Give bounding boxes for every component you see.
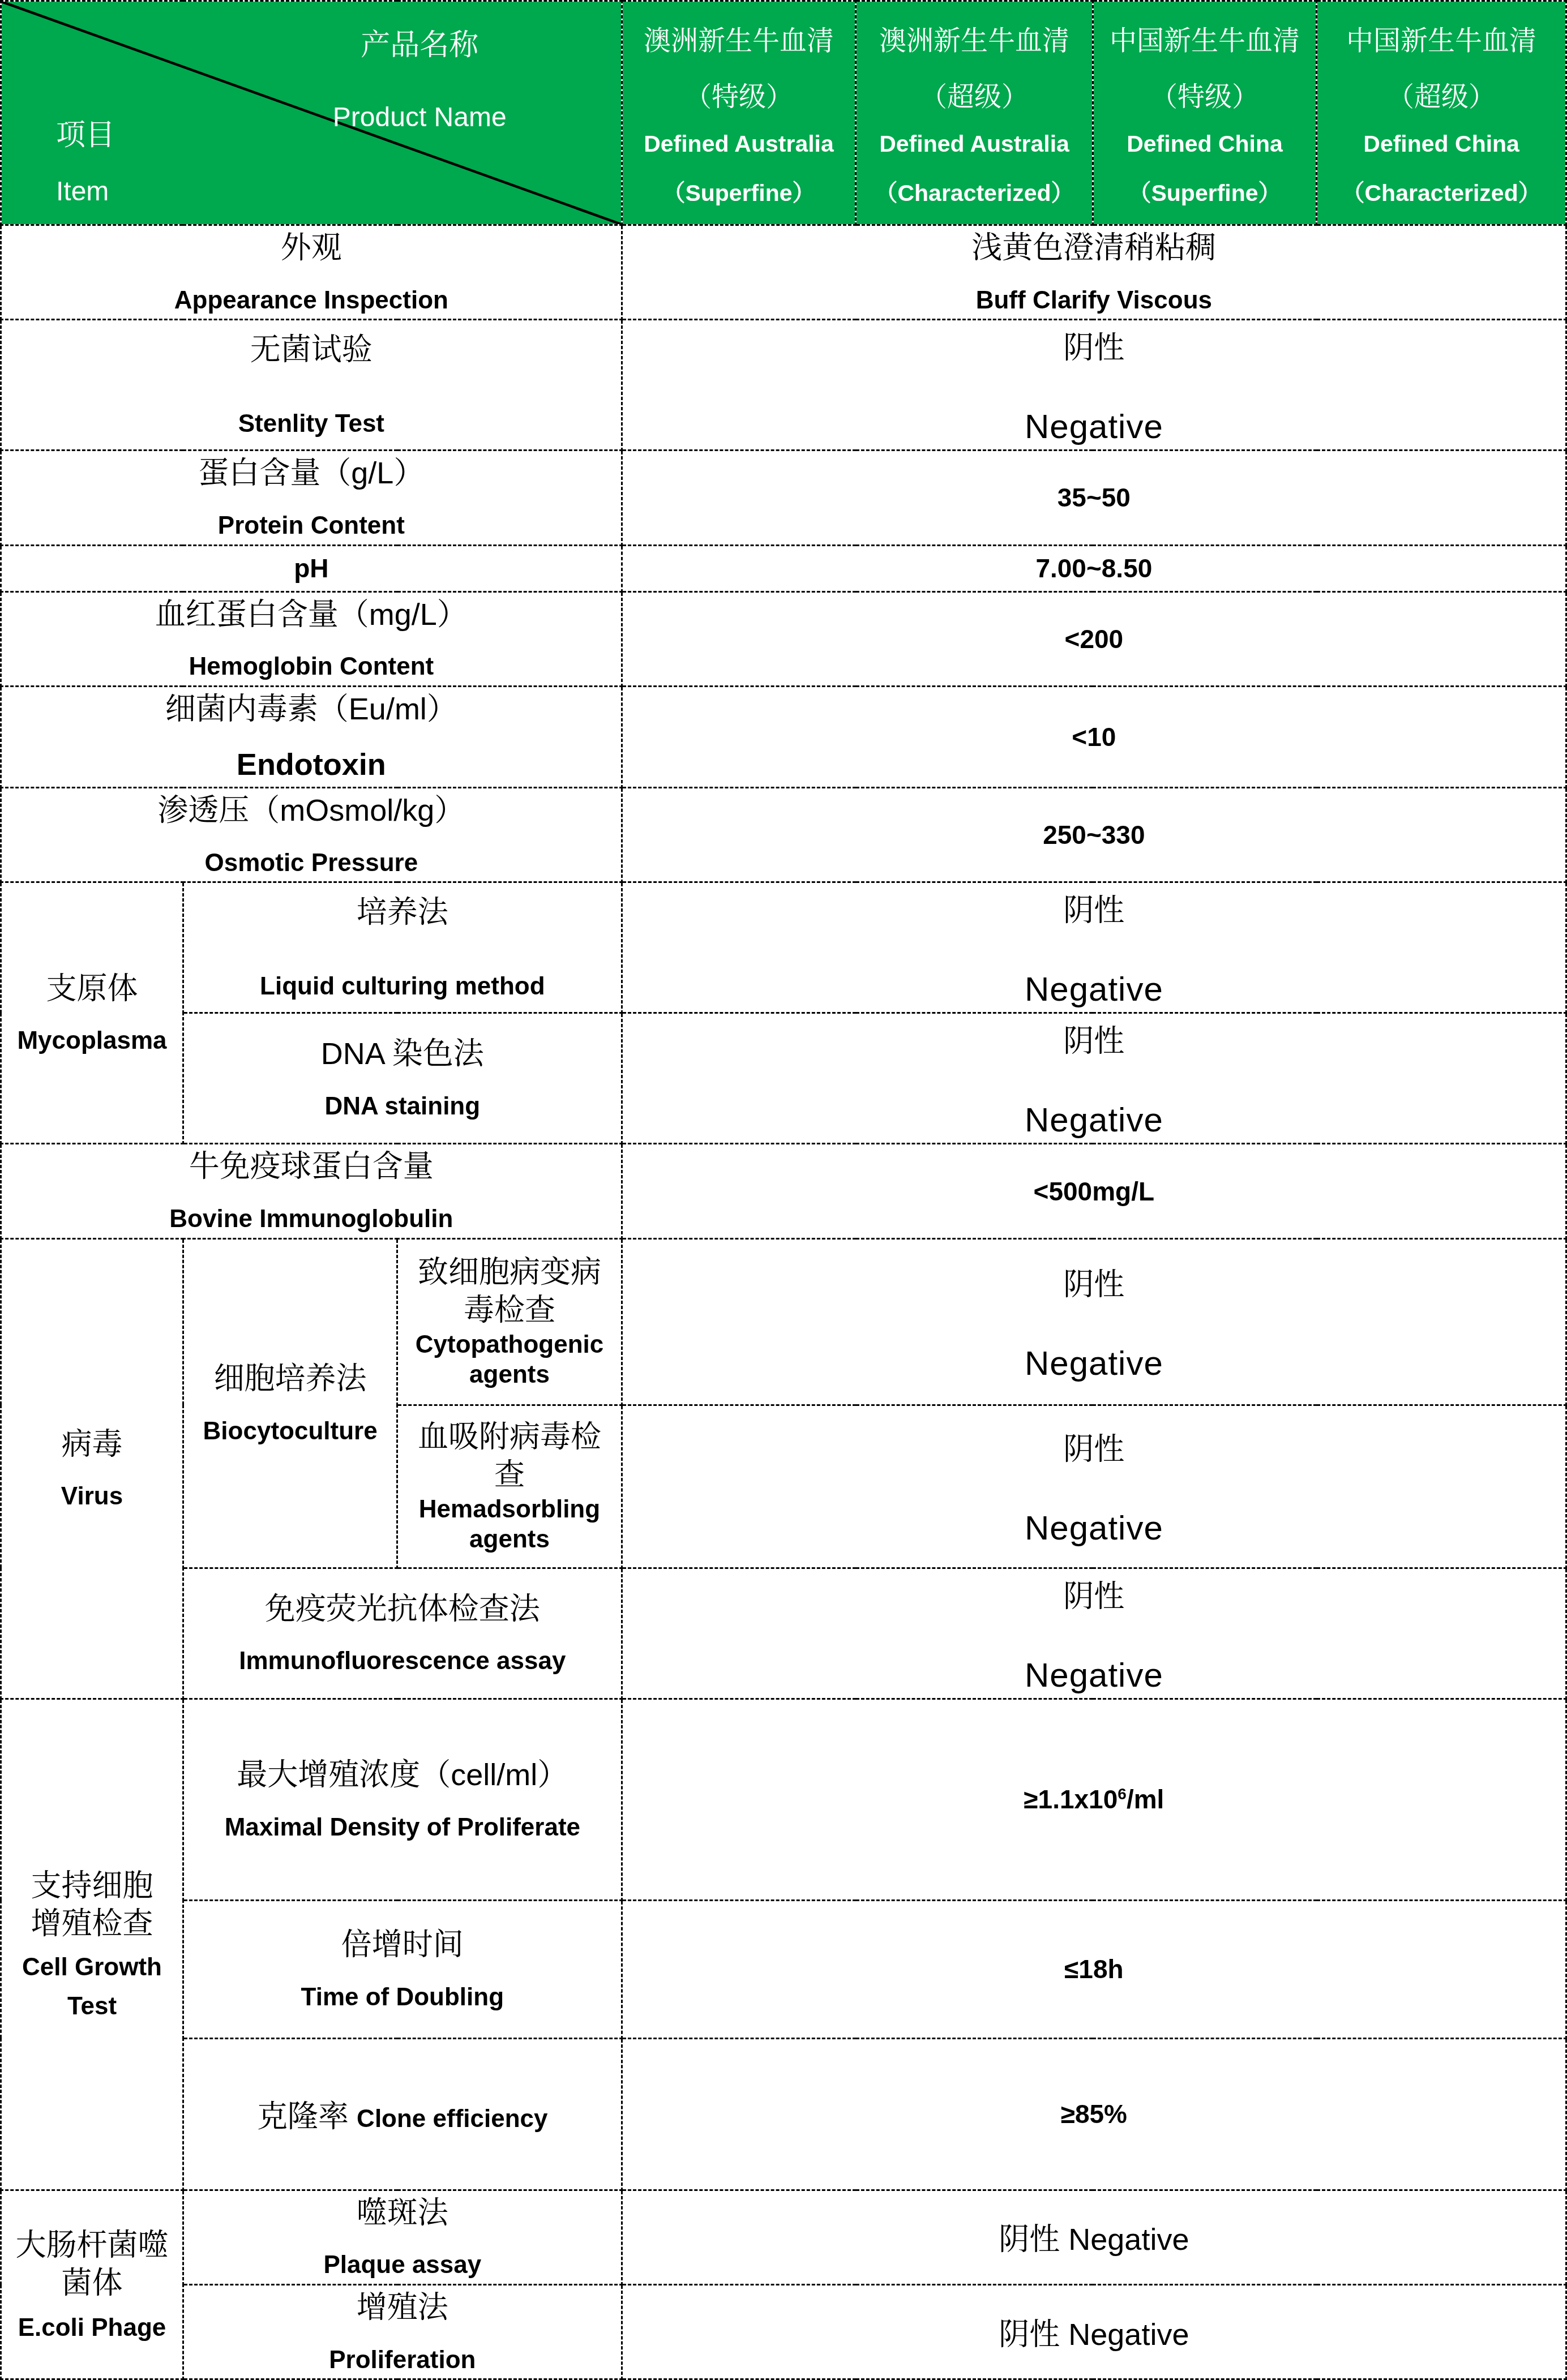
label-text: 渗透压（mOsmol/kg） Osmotic Pressure (7, 792, 615, 878)
culturing-value-cell: 阴性 Negative (622, 882, 1566, 1013)
row-virus-cytopathogenic: 病毒 Virus 细胞培养法 Biocytoculture 致细胞病变病 毒检查… (1, 1238, 1566, 1405)
column-header-china-superfine: 中国新生牛血清 （特级） Defined China （Superfine） (1093, 1, 1316, 225)
row-osmotic: 渗透压（mOsmol/kg） Osmotic Pressure 250~330 (1, 788, 1566, 882)
sterility-value-en: Negative (1025, 407, 1163, 446)
corner-item-en: Item (56, 176, 109, 207)
product-name-en: Defined China (1363, 131, 1519, 157)
virus-group-cell: 病毒 Virus (1, 1238, 183, 1699)
label-text: 血吸附病毒检 查 Hemadsorbling agents (404, 1418, 615, 1555)
sterility-label-cell: 无菌试验 Stenlity Test (1, 320, 622, 451)
hemadsorbing-label-zh-line2: 查 (494, 1456, 525, 1495)
label-text: 克隆率Clone efficiency (190, 2092, 615, 2136)
label-text: 牛免疫球蛋白含量 Bovine Immunoglobulin (7, 1148, 615, 1234)
immunofluorescence-value-zh: 阴性 (1063, 1572, 1124, 1616)
proliferation-label-en: Proliferation (329, 2345, 476, 2375)
osmotic-value: 250~330 (1043, 820, 1145, 850)
label-text: 细菌内毒素（Eu/ml） Endotoxin (7, 691, 615, 783)
corner-header-cell: 产品名称 Product Name 项目 Item (1, 1, 622, 225)
ecoli-phage-label-en: E.coli Phage (18, 2313, 166, 2343)
immunofluorescence-value-en: Negative (1025, 1656, 1163, 1695)
column-header-text: 中国新生牛血清 （超级） Defined China （Characterize… (1323, 19, 1560, 208)
hemoglobin-label-zh: 血红蛋白含量（mg/L） (155, 596, 468, 634)
cell-growth-label-en-line2: Test (67, 1992, 117, 2022)
dna-staining-label-en: DNA staining (325, 1092, 481, 1122)
row-mycoplasma-culturing: 支原体 Mycoplasma 培养法 Liquid culturing meth… (1, 882, 1566, 1013)
immunofluorescence-label-en: Immunofluorescence assay (239, 1646, 566, 1676)
row-immunoglobulin: 牛免疫球蛋白含量 Bovine Immunoglobulin <500mg/L (1, 1144, 1566, 1238)
cytopathogenic-label-zh-line2: 毒检查 (464, 1292, 555, 1330)
proliferation-value-cell: 阴性 Negative (622, 2285, 1566, 2379)
label-text: 大肠杆菌噬 菌体 E.coli Phage (7, 2227, 177, 2343)
label-text: 外观 Appearance Inspection (7, 229, 615, 315)
doubling-label-cell: 倍增时间 Time of Doubling (183, 1900, 622, 2038)
hemadsorbing-label-cell: 血吸附病毒检 查 Hemadsorbling agents (397, 1405, 622, 1568)
clone-label-en: Clone efficiency (357, 2105, 547, 2133)
product-name-zh: 澳洲新生牛血清 (644, 19, 834, 58)
ph-value: 7.00~8.50 (1035, 554, 1152, 583)
sterility-label-zh: 无菌试验 (250, 331, 373, 370)
label-text: 增殖法 Proliferation (190, 2289, 615, 2375)
product-grade-zh: （超级） (920, 75, 1029, 114)
proliferation-label-cell: 增殖法 Proliferation (183, 2285, 622, 2379)
hemadsorbing-label-en: Hemadsorbling agents (404, 1495, 615, 1555)
row-endotoxin: 细菌内毒素（Eu/ml） Endotoxin <10 (1, 686, 1566, 787)
row-proliferation: 增殖法 Proliferation 阴性 Negative (1, 2285, 1566, 2379)
biocytoculture-label-zh: 细胞培养法 (214, 1360, 367, 1399)
endotoxin-label-cell: 细菌内毒素（Eu/ml） Endotoxin (1, 686, 622, 787)
label-text: 血红蛋白含量（mg/L） Hemoglobin Content (7, 596, 615, 682)
corner-product-name-en: Product Name (333, 102, 507, 133)
label-text: 最大增殖浓度（cell/ml） Maximal Density of Proli… (190, 1756, 615, 1842)
corner-item-label: 项目 Item (56, 111, 115, 207)
ph-value-cell: 7.00~8.50 (622, 545, 1566, 591)
label-text: DNA 染色法 DNA staining (190, 1035, 615, 1121)
product-grade-zh: （超级） (1387, 75, 1496, 114)
mycoplasma-label-en: Mycoplasma (17, 1026, 166, 1056)
max-density-label-cell: 最大增殖浓度（cell/ml） Maximal Density of Proli… (183, 1699, 622, 1900)
value-text: 阴性 Negative (628, 1260, 1560, 1383)
plaque-value-cell: 阴性 Negative (622, 2190, 1566, 2284)
cell-growth-label-zh-line1: 支持细胞 (31, 1867, 153, 1906)
column-header-text: 澳洲新生牛血清 （特级） Defined Australia （Superfin… (628, 19, 850, 208)
hemadsorbing-value-cell: 阴性 Negative (622, 1405, 1566, 1568)
row-protein: 蛋白含量（g/L） Protein Content 35~50 (1, 451, 1566, 545)
label-text: 病毒 Virus (7, 1426, 177, 1512)
appearance-label-en: Appearance Inspection (174, 286, 448, 316)
doubling-label-zh: 倍增时间 (341, 1926, 464, 1965)
appearance-value-zh: 浅黄色澄清稍粘稠 (971, 229, 1216, 268)
immunoglobulin-value-cell: <500mg/L (622, 1144, 1566, 1238)
value-text: 阴性 Negative (628, 324, 1560, 446)
hemoglobin-label-cell: 血红蛋白含量（mg/L） Hemoglobin Content (1, 591, 622, 686)
max-density-value-exponent: 6 (1118, 1785, 1127, 1803)
value-text: 浅黄色澄清稍粘稠 Buff Clarify Viscous (628, 229, 1560, 315)
virus-label-zh: 病毒 (61, 1426, 122, 1464)
product-grade-en: （Superfine） (662, 174, 815, 208)
doubling-value-cell: ≤18h (622, 1900, 1566, 2038)
endotoxin-value-cell: <10 (622, 686, 1566, 787)
product-grade-en: （Characterized） (1342, 174, 1542, 208)
ecoli-phage-label-zh-line1: 大肠杆菌噬 (15, 2227, 168, 2265)
row-sterility: 无菌试验 Stenlity Test 阴性 Negative (1, 320, 1566, 451)
label-text: 噬斑法 Plaque assay (190, 2194, 615, 2280)
value-text: 阴性 Negative (628, 1017, 1560, 1139)
cytopathogenic-label-cell: 致细胞病变病 毒检查 Cytopathogenic agents (397, 1238, 622, 1405)
value-text: 阴性 Negative (628, 886, 1560, 1009)
immunofluorescence-value-cell: 阴性 Negative (622, 1568, 1566, 1699)
immunoglobulin-label-zh: 牛免疫球蛋白含量 (189, 1148, 434, 1186)
max-density-label-en: Maximal Density of Proliferate (225, 1813, 580, 1843)
hemadsorbing-value-zh: 阴性 (1063, 1425, 1124, 1469)
appearance-value-en: Buff Clarify Viscous (976, 286, 1212, 316)
dna-staining-value-zh: 阴性 (1063, 1017, 1124, 1061)
cytopathogenic-label-en: Cytopathogenic agents (404, 1330, 615, 1390)
product-name-en: Defined Australia (644, 131, 834, 157)
product-name-zh: 中国新生牛血清 (1110, 19, 1300, 58)
hemoglobin-value: <200 (1065, 624, 1124, 654)
doubling-value: ≤18h (1064, 1954, 1124, 1984)
label-text: 支持细胞 增殖检查 Cell Growth Test (7, 1867, 177, 2022)
immunoglobulin-label-en: Bovine Immunoglobulin (169, 1204, 453, 1234)
cytopathogenic-value-en: Negative (1025, 1344, 1163, 1383)
label-text: 细胞培养法 Biocytoculture (190, 1360, 391, 1446)
value-text: 阴性 Negative (628, 1572, 1560, 1695)
proliferation-value: 阴性 Negative (999, 2318, 1189, 2352)
dna-staining-value-en: Negative (1025, 1100, 1163, 1139)
protein-value: 35~50 (1057, 483, 1131, 512)
protein-label-en: Protein Content (218, 511, 405, 541)
hemoglobin-label-en: Hemoglobin Content (189, 652, 434, 682)
product-name-zh: 中国新生牛血清 (1346, 19, 1536, 58)
ecoli-phage-group-cell: 大肠杆菌噬 菌体 E.coli Phage (1, 2190, 183, 2379)
clone-value: ≥85% (1061, 2099, 1127, 2129)
plaque-label-zh: 噬斑法 (357, 2194, 448, 2233)
clone-label-zh: 克隆率 (257, 2100, 349, 2134)
hemadsorbing-value-en: Negative (1025, 1508, 1163, 1547)
cell-growth-label-en-line1: Cell Growth (22, 1953, 162, 1983)
column-header-text: 澳洲新生牛血清 （超级） Defined Australia （Characte… (862, 19, 1086, 208)
cell-growth-label-zh-line2: 增殖检查 (31, 1905, 153, 1944)
cytopathogenic-value-zh: 阴性 (1063, 1260, 1124, 1304)
endotoxin-label-zh: 细菌内毒素（Eu/ml） (165, 691, 457, 729)
proliferation-label-zh: 增殖法 (357, 2289, 448, 2327)
appearance-label-zh: 外观 (281, 229, 342, 268)
column-header-australia-characterized: 澳洲新生牛血清 （超级） Defined Australia （Characte… (856, 1, 1093, 225)
sterility-value-zh: 阴性 (1063, 324, 1124, 367)
endotoxin-label-en: Endotoxin (237, 747, 386, 783)
max-density-value-suffix: /ml (1127, 1785, 1164, 1814)
row-immunofluorescence: 免疫荧光抗体检查法 Immunofluorescence assay 阴性 Ne… (1, 1568, 1566, 1699)
column-header-text: 中国新生牛血清 （特级） Defined China （Superfine） (1099, 19, 1310, 208)
immunofluorescence-label-zh: 免疫荧光抗体检查法 (265, 1590, 540, 1629)
product-grade-zh: （特级） (1150, 75, 1259, 114)
mycoplasma-group-cell: 支原体 Mycoplasma (1, 882, 183, 1144)
header-row: 产品名称 Product Name 项目 Item 澳洲新生牛血清 （特级） D… (1, 1, 1566, 225)
cytopathogenic-value-cell: 阴性 Negative (622, 1238, 1566, 1405)
row-dna-staining: DNA 染色法 DNA staining 阴性 Negative (1, 1013, 1566, 1144)
row-appearance: 外观 Appearance Inspection 浅黄色澄清稍粘稠 Buff C… (1, 225, 1566, 320)
culturing-label-en: Liquid culturing method (260, 972, 545, 1002)
biocytoculture-label-en: Biocytoculture (203, 1417, 378, 1447)
column-header-australia-superfine: 澳洲新生牛血清 （特级） Defined Australia （Superfin… (622, 1, 856, 225)
label-text: 蛋白含量（g/L） Protein Content (7, 454, 615, 541)
label-text: 培养法 Liquid culturing method (190, 894, 615, 1001)
row-ecoli-plaque: 大肠杆菌噬 菌体 E.coli Phage 噬斑法 Plaque assay 阴… (1, 2190, 1566, 2284)
product-name-en: Defined Australia (879, 131, 1069, 157)
label-text: 无菌试验 Stenlity Test (7, 331, 615, 439)
product-grade-en: （Characterized） (874, 174, 1074, 208)
value-text: 阴性 Negative (628, 1425, 1560, 1547)
mycoplasma-label-zh: 支原体 (46, 970, 138, 1009)
protein-value-cell: 35~50 (622, 451, 1566, 545)
osmotic-label-cell: 渗透压（mOsmol/kg） Osmotic Pressure (1, 788, 622, 882)
label-text: 致细胞病变病 毒检查 Cytopathogenic agents (404, 1254, 615, 1390)
cell-growth-group-cell: 支持细胞 增殖检查 Cell Growth Test (1, 1699, 183, 2190)
dna-staining-label-cell: DNA 染色法 DNA staining (183, 1013, 622, 1144)
clone-value-cell: ≥85% (622, 2038, 1566, 2190)
row-cellgrowth-maxdensity: 支持细胞 增殖检查 Cell Growth Test 最大增殖浓度（cell/m… (1, 1699, 1566, 1900)
appearance-value-cell: 浅黄色澄清稍粘稠 Buff Clarify Viscous (622, 225, 1566, 320)
plaque-value: 阴性 Negative (999, 2223, 1189, 2257)
ecoli-phage-label-zh-line2: 菌体 (61, 2265, 122, 2303)
corner-item-zh: 项目 (56, 111, 115, 153)
cytopathogenic-label-zh-line1: 致细胞病变病 (418, 1254, 601, 1292)
sterility-label-en: Stenlity Test (238, 409, 384, 439)
biocytoculture-group-cell: 细胞培养法 Biocytoculture (183, 1238, 397, 1568)
row-doubling: 倍增时间 Time of Doubling ≤18h (1, 1900, 1566, 2038)
hemadsorbing-label-zh-line1: 血吸附病毒检 (418, 1418, 601, 1457)
protein-label-zh: 蛋白含量（g/L） (198, 454, 424, 493)
culturing-value-zh: 阴性 (1063, 886, 1124, 930)
dna-staining-label-zh: DNA 染色法 (321, 1035, 484, 1074)
product-grade-en: （Superfine） (1128, 174, 1281, 208)
virus-label-en: Virus (61, 1482, 123, 1512)
label-text: 免疫荧光抗体检查法 Immunofluorescence assay (190, 1590, 615, 1676)
label-text: 支原体 Mycoplasma (7, 970, 177, 1056)
protein-label-cell: 蛋白含量（g/L） Protein Content (1, 451, 622, 545)
column-header-china-characterized: 中国新生牛血清 （超级） Defined China （Characterize… (1317, 1, 1566, 225)
immunofluorescence-label-cell: 免疫荧光抗体检查法 Immunofluorescence assay (183, 1568, 622, 1699)
dna-staining-value-cell: 阴性 Negative (622, 1013, 1566, 1144)
osmotic-value-cell: 250~330 (622, 788, 1566, 882)
max-density-label-zh: 最大增殖浓度（cell/ml） (237, 1756, 568, 1795)
endotoxin-value: <10 (1072, 722, 1116, 752)
row-hemoglobin: 血红蛋白含量（mg/L） Hemoglobin Content <200 (1, 591, 1566, 686)
plaque-label-en: Plaque assay (323, 2250, 481, 2280)
appearance-label-cell: 外观 Appearance Inspection (1, 225, 622, 320)
immunoglobulin-label-cell: 牛免疫球蛋白含量 Bovine Immunoglobulin (1, 1144, 622, 1238)
label-text: 倍增时间 Time of Doubling (190, 1926, 615, 2012)
product-spec-table: 产品名称 Product Name 项目 Item 澳洲新生牛血清 （特级） D… (0, 0, 1567, 2380)
row-ph: pH 7.00~8.50 (1, 545, 1566, 591)
product-grade-zh: （特级） (684, 75, 793, 114)
product-name-zh: 澳洲新生牛血清 (879, 19, 1069, 58)
culturing-value-en: Negative (1025, 970, 1163, 1009)
osmotic-label-zh: 渗透压（mOsmol/kg） (157, 792, 465, 830)
sterility-value-cell: 阴性 Negative (622, 320, 1566, 451)
max-density-value: ≥1.1x106/ml (1024, 1785, 1164, 1814)
corner-product-name-label: 产品名称 Product Name (225, 21, 615, 133)
culturing-label-cell: 培养法 Liquid culturing method (183, 882, 622, 1013)
corner-product-name-zh: 产品名称 (361, 21, 478, 63)
ph-label: pH (294, 554, 328, 583)
ph-label-cell: pH (1, 545, 622, 591)
hemoglobin-value-cell: <200 (622, 591, 1566, 686)
max-density-value-cell: ≥1.1x106/ml (622, 1699, 1566, 1900)
immunoglobulin-value: <500mg/L (1034, 1177, 1155, 1206)
osmotic-label-en: Osmotic Pressure (205, 848, 418, 878)
product-name-en: Defined China (1127, 131, 1283, 157)
row-clone: 克隆率Clone efficiency ≥85% (1, 2038, 1566, 2190)
clone-label-cell: 克隆率Clone efficiency (183, 2038, 622, 2190)
max-density-value-prefix: ≥1.1x10 (1024, 1785, 1118, 1814)
culturing-label-zh: 培养法 (357, 894, 448, 932)
plaque-label-cell: 噬斑法 Plaque assay (183, 2190, 622, 2284)
doubling-label-en: Time of Doubling (301, 1983, 504, 2013)
